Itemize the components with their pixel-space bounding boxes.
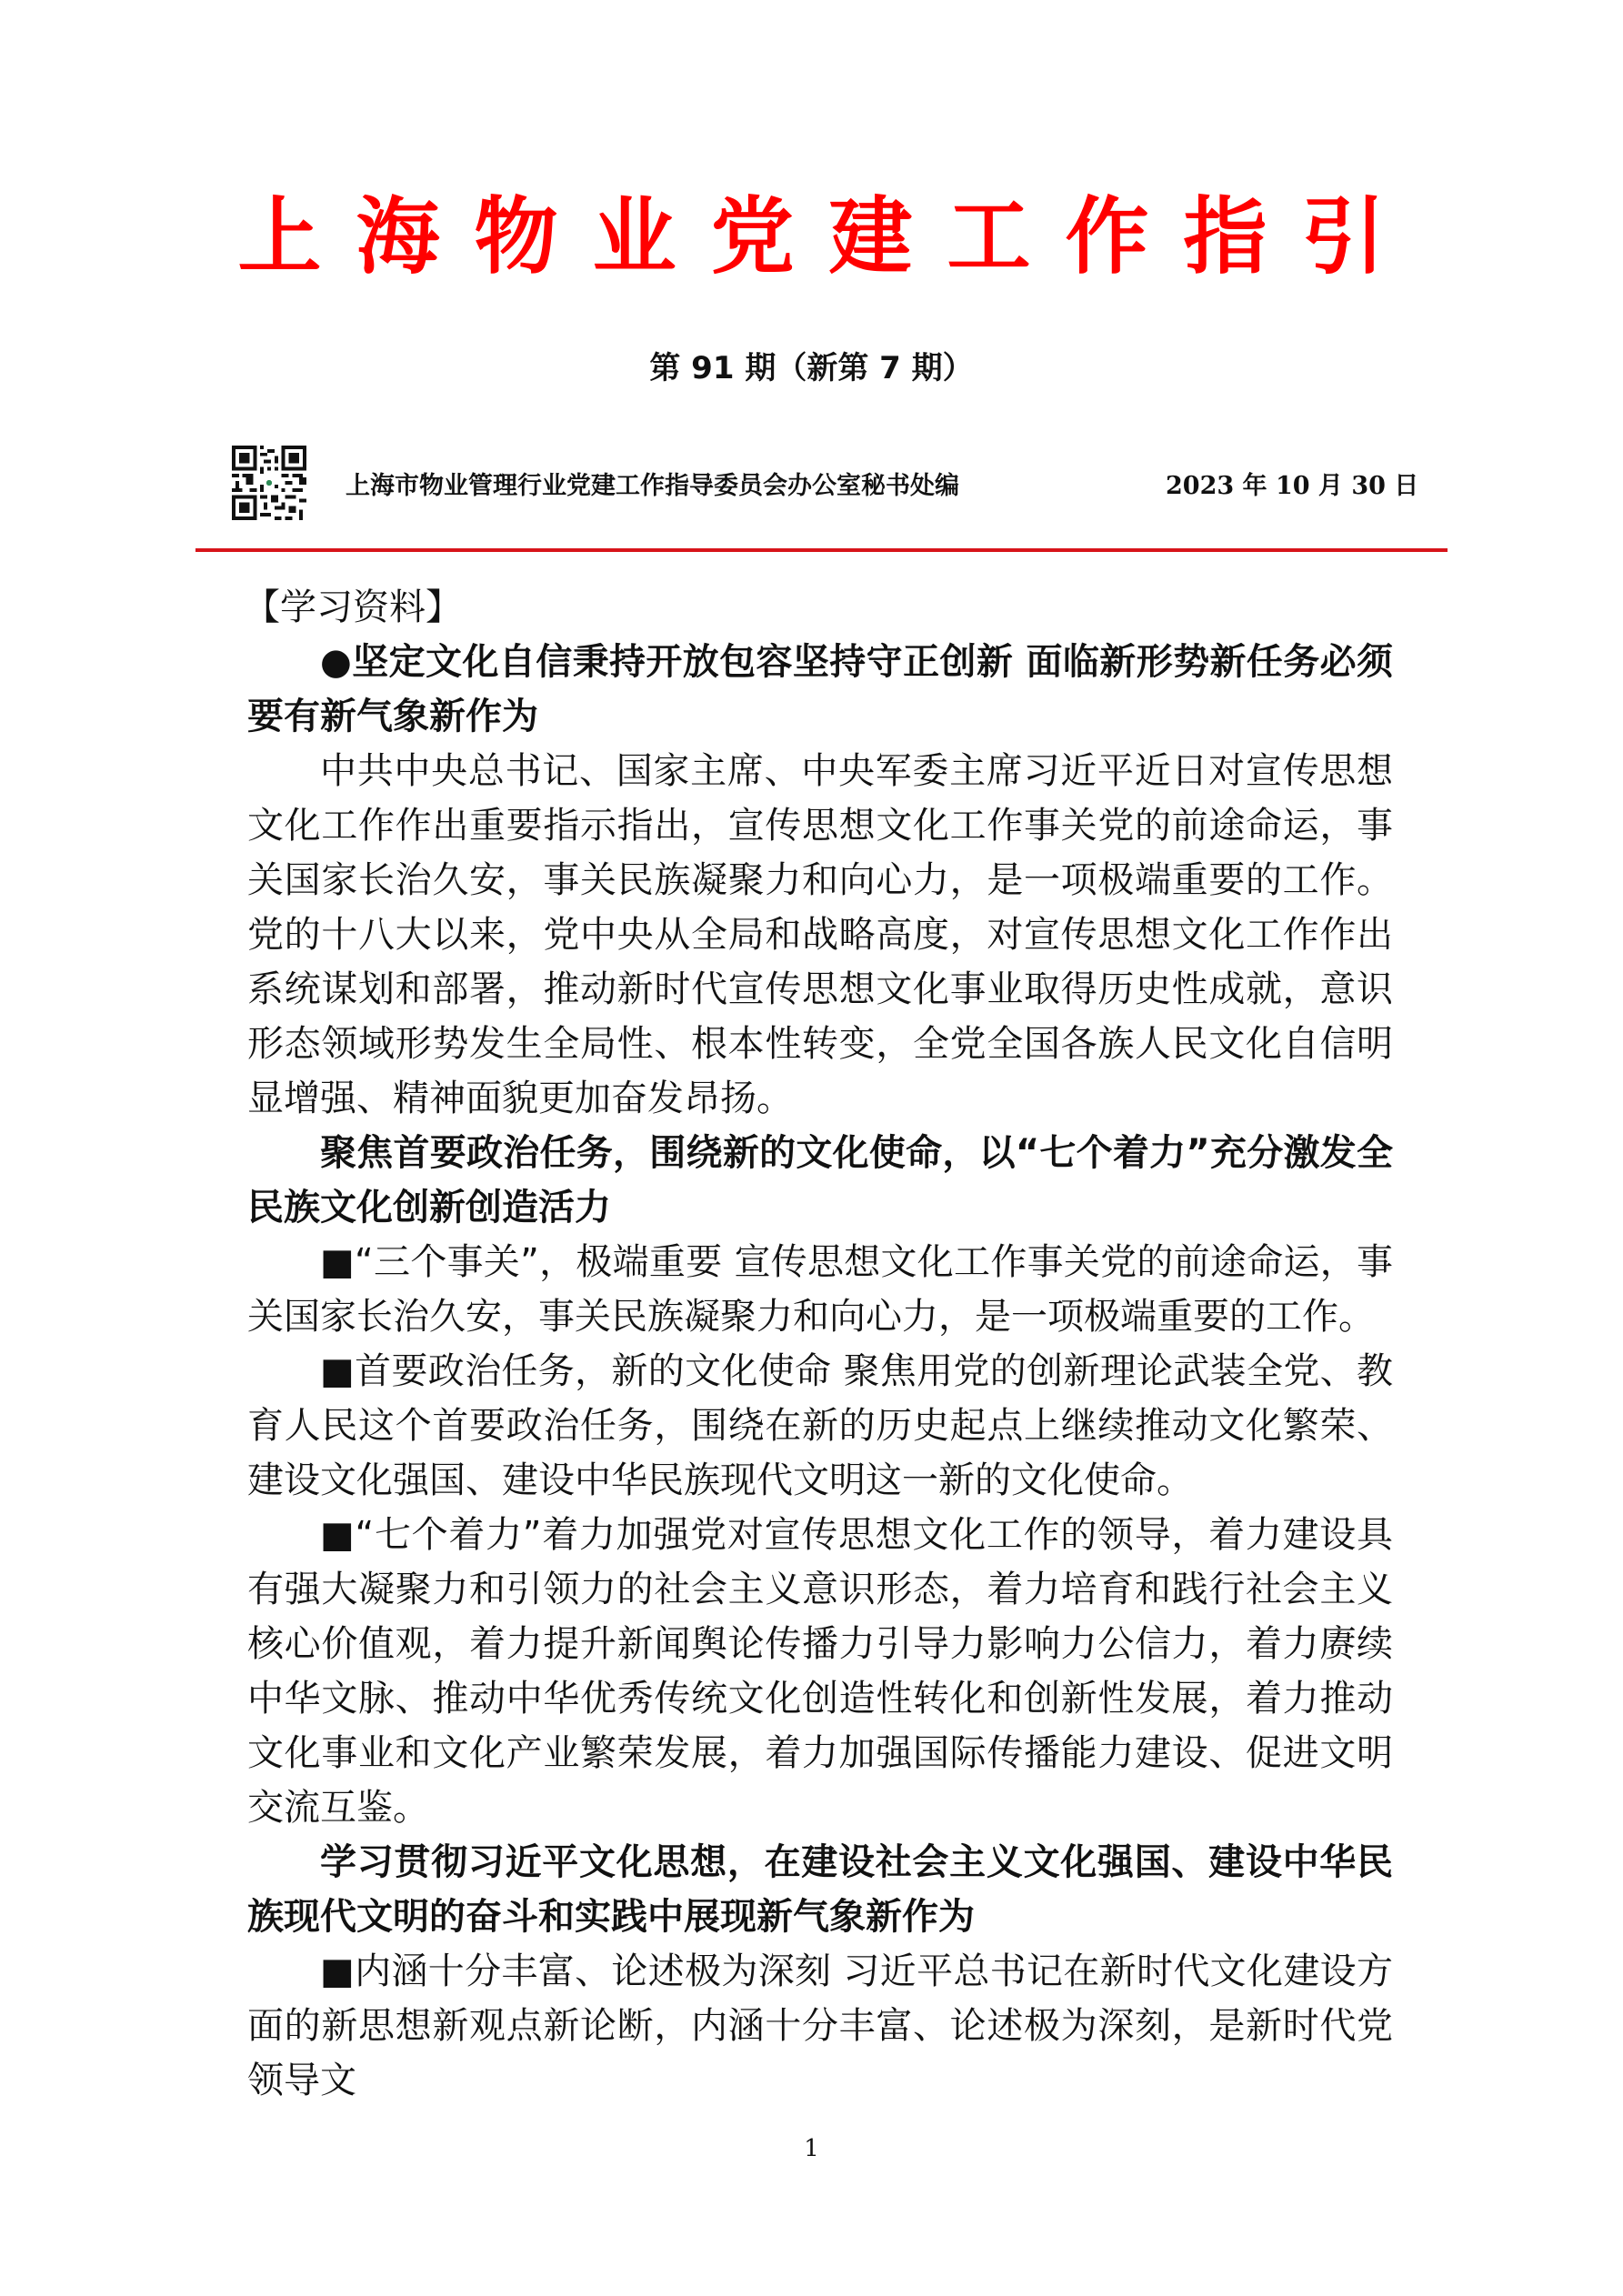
paragraph-primary-task: ■首要政治任务，新的文化使命 聚焦用党的创新理论武装全党、教育人民这个首要政治任… (247, 1344, 1393, 1508)
header-divider (195, 548, 1448, 552)
publication-date: 2023 年 10 月 30 日 (1166, 468, 1418, 505)
publication-title: 上海物业党建工作指引 (0, 186, 1623, 286)
article-headline: ●坚定文化自信秉持开放包容坚持守正创新 面临新形势新任务必须要有新气象新作为 (247, 635, 1393, 744)
paragraph-intro: 中共中央总书记、国家主席、中央军委主席习近平近日对宣传思想文化工作作出重要指示指… (247, 744, 1393, 1126)
page-number: 1 (0, 2135, 1623, 2162)
publisher-name: 上海市物业管理行业党建工作指导委员会办公室秘书处编 (346, 468, 959, 505)
paragraph-rich-connotation: ■内涵十分丰富、论述极为深刻 习近平总书记在新时代文化建设方面的新思想新观点新论… (247, 1944, 1393, 2108)
subheading-1: 聚焦首要政治任务，围绕新的文化使命，以“七个着力”充分激发全民族文化创新创造活力 (247, 1126, 1393, 1235)
article-body: 【学习资料】 ●坚定文化自信秉持开放包容坚持守正创新 面临新形势新任务必须要有新… (247, 580, 1393, 2108)
paragraph-seven-efforts: ■“七个着力”着力加强党对宣传思想文化工作的领导，着力建设具有强大凝聚力和引领力… (247, 1508, 1393, 1835)
qr-code-icon (232, 446, 306, 520)
issue-number: 第 91 期（新第 7 期） (0, 346, 1623, 391)
subheading-2: 学习贯彻习近平文化思想，在建设社会主义文化强国、建设中华民族现代文明的奋斗和实践… (247, 1835, 1393, 1944)
paragraph-three-concerns: ■“三个事关”，极端重要 宣传思想文化工作事关党的前途命运，事关国家长治久安，事… (247, 1235, 1393, 1344)
section-label: 【学习资料】 (244, 580, 1393, 635)
